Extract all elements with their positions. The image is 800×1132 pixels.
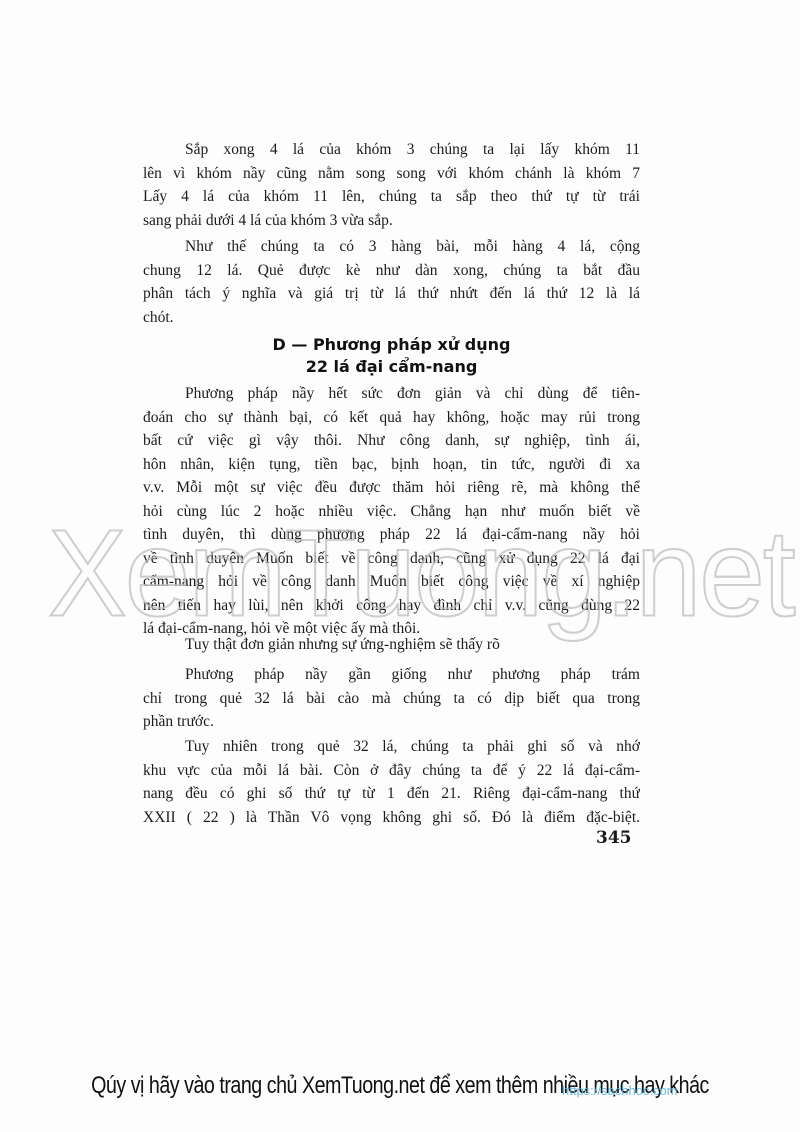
text-line: nang đều có ghi số thứ tự từ 1 đến 21. R… bbox=[143, 782, 640, 806]
text-line: lên vì khóm nầy cũng nằm song song với k… bbox=[143, 162, 640, 186]
scanned-book-page: Sắp xong 4 lá của khóm 3 chúng ta lại lấ… bbox=[0, 0, 800, 1132]
text-line: chung 12 lá. Quẻ được kè như dàn xong, c… bbox=[143, 259, 640, 283]
paragraph-1: Sắp xong 4 lá của khóm 3 chúng ta lại lấ… bbox=[143, 138, 640, 232]
footer-overlay-url: https://sachhoc.com bbox=[562, 1083, 678, 1098]
text-line: phân tách ý nghĩa và giá trị từ lá thứ n… bbox=[143, 282, 640, 306]
text-line: XXII ( 22 ) là Thần Vô vọng không ghi số… bbox=[143, 806, 640, 830]
text-line: Như thế chúng ta có 3 hàng bài, mỗi hàng… bbox=[143, 235, 640, 259]
paragraph-2: Như thế chúng ta có 3 hàng bài, mỗi hàng… bbox=[143, 235, 640, 329]
text-line: nên tiến hay lùi, nên khởi công hay đình… bbox=[143, 594, 640, 618]
section-paragraph-2: Tuy thật đơn giản nhưng sự ứng-nghiệm sẽ… bbox=[143, 633, 640, 657]
section-heading-line-1: D — Phương pháp xử dụng bbox=[143, 334, 640, 356]
section-paragraph-4: Tuy nhiên trong quẻ 32 lá, chúng ta phải… bbox=[143, 735, 640, 829]
text-line: hôn nhân, kiện tụng, tiền bạc, bịnh hoạn… bbox=[143, 453, 640, 477]
text-line: sang phải dưới 4 lá của khóm 3 vừa sắp. bbox=[143, 209, 640, 233]
text-line: Phương pháp nầy hết sức đơn giản và chỉ … bbox=[143, 382, 640, 406]
text-line: hỏi cùng lúc 2 hoặc nhiều việc. Chẳng hạ… bbox=[143, 500, 640, 524]
text-line: chót. bbox=[143, 306, 640, 330]
section-heading-line-2: 22 lá đại cẩm-nang bbox=[143, 356, 640, 378]
text-line: khu vực của mỗi lá bài. Còn ở đây chúng … bbox=[143, 759, 640, 783]
text-line: đoán cho sự thành bại, có kết quả hay kh… bbox=[143, 406, 640, 430]
text-line: tình duyên, thì dùng phương pháp 22 lá đ… bbox=[143, 523, 640, 547]
text-line: Tuy nhiên trong quẻ 32 lá, chúng ta phải… bbox=[143, 735, 640, 759]
text-line: chỉ trong quẻ 32 lá bài cào mà chúng ta … bbox=[143, 687, 640, 711]
text-line: Phương pháp nầy gần giống như phương phá… bbox=[143, 663, 640, 687]
text-line: cẩm-nang hỏi về công danh Muốn biết công… bbox=[143, 570, 640, 594]
text-line: Lấy 4 lá của khóm 11 lên, chúng ta sắp t… bbox=[143, 185, 640, 209]
text-line: phần trước. bbox=[143, 710, 640, 734]
text-line: bất cứ việc gì vậy thôi. Như công danh, … bbox=[143, 429, 640, 453]
text-line: về tình duyên Muốn biết về công danh, cũ… bbox=[143, 547, 640, 571]
section-paragraph-1: Phương pháp nầy hết sức đơn giản và chỉ … bbox=[143, 382, 640, 641]
text-line: Tuy thật đơn giản nhưng sự ứng-nghiệm sẽ… bbox=[143, 633, 640, 657]
section-paragraph-3: Phương pháp nầy gần giống như phương phá… bbox=[143, 663, 640, 734]
section-heading: D — Phương pháp xử dụng 22 lá đại cẩm-na… bbox=[143, 334, 640, 378]
page-number: 345 bbox=[596, 828, 632, 848]
text-line: v.v. Mỗi một sự việc đều được thăm hỏi r… bbox=[143, 476, 640, 500]
text-line: Sắp xong 4 lá của khóm 3 chúng ta lại lấ… bbox=[143, 138, 640, 162]
